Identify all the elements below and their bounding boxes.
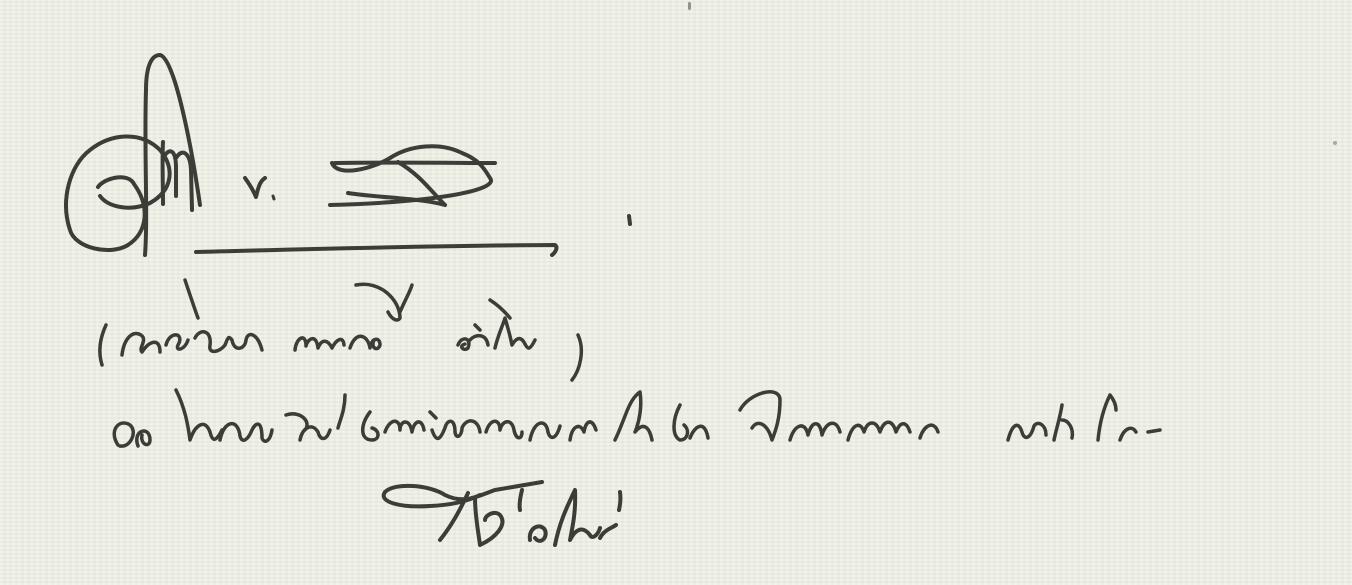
location-strokes — [0, 0, 1352, 585]
